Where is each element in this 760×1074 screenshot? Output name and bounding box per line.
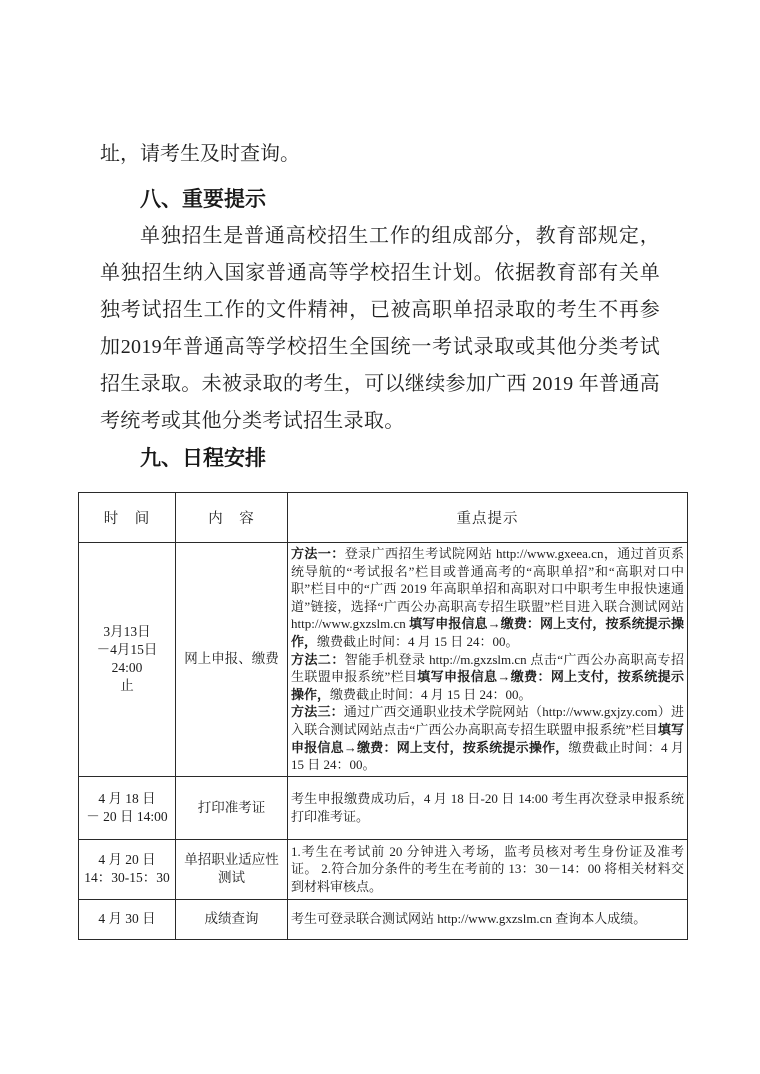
header-time: 时 间 (79, 493, 176, 543)
content-cell-row1: 网上申报、缴费 (176, 543, 288, 777)
tips-cell-row4: 考生可登录联合测试网站 http://www.gxzslm.cn 查询本人成绩。 (288, 899, 688, 939)
method-2-tail: 缴费截止时间：4 月 15 日 24：00。 (330, 687, 532, 702)
prose-block: 址，请考生及时查询。 八、重要提示 单独招生是普通高校招生工作的组成部分，教育部… (78, 136, 688, 477)
content-cell-row2: 打印准考证 (176, 776, 288, 839)
method-2-label: 方法二： (291, 652, 345, 667)
content-cell-row4: 成绩查询 (176, 899, 288, 939)
method-3: 方法三：通过广西交通职业技术学院网站（http://www.gxjzy.com）… (291, 703, 684, 773)
method-1: 方法一：登录广西招生考试院网站 http://www.gxeea.cn，通过首页… (291, 545, 684, 651)
schedule-table: 时 间 内 容 重点提示 3月13日 －4月15日24:00 止 网上申报、缴费… (78, 492, 688, 940)
header-tips: 重点提示 (288, 493, 688, 543)
tips-cell-row2: 考生申报缴费成功后，4 月 18 日-20 日 14:00 考生再次登录申报系统… (288, 776, 688, 839)
method-1-label: 方法一： (291, 546, 345, 561)
method-1-tail: 缴费截止时间：4 月 15 日 24：00。 (317, 634, 519, 649)
table-row-aptitude-test: 4 月 20 日 14：30-15：30 单招职业适应性测试 1.考生在考试前 … (79, 839, 688, 899)
section-heading-schedule: 九、日程安排 (100, 440, 660, 477)
document-page: 址，请考生及时查询。 八、重要提示 单独招生是普通高校招生工作的组成部分，教育部… (0, 0, 760, 1074)
content-cell-row3: 单招职业适应性测试 (176, 839, 288, 899)
method-3-label: 方法三： (291, 704, 344, 719)
time-cell-row4: 4 月 30 日 (79, 899, 176, 939)
method-2: 方法二：智能手机登录 http://m.gxzslm.cn 点击“广西公办高职高… (291, 651, 684, 704)
section-heading-important-notice: 八、重要提示 (100, 181, 660, 218)
table-row-print-ticket: 4 月 18 日 － 20 日 14:00 打印准考证 考生申报缴费成功后，4 … (79, 776, 688, 839)
table-row-score-query: 4 月 30 日 成绩查询 考生可登录联合测试网站 http://www.gxz… (79, 899, 688, 939)
method-3-text: 通过广西交通职业技术学院网站（http://www.gxjzy.com）进入联合… (291, 704, 684, 737)
time-cell-row1: 3月13日 －4月15日24:00 止 (79, 543, 176, 777)
header-content: 内 容 (176, 493, 288, 543)
document-body: 址，请考生及时查询。 八、重要提示 单独招生是普通高校招生工作的组成部分，教育部… (0, 0, 760, 940)
table-header-row: 时 间 内 容 重点提示 (79, 493, 688, 543)
tips-cell-row1: 方法一：登录广西招生考试院网站 http://www.gxeea.cn，通过首页… (288, 543, 688, 777)
tips-cell-row3: 1.考生在考试前 20 分钟进入考场，监考员核对考生身份证及准考证。 2.符合加… (288, 839, 688, 899)
important-notice-paragraph: 单独招生是普通高校招生工作的组成部分，教育部规定，单独招生纳入国家普通高等学校招… (100, 218, 660, 440)
time-cell-row2: 4 月 18 日 － 20 日 14:00 (79, 776, 176, 839)
table-row-online-application: 3月13日 －4月15日24:00 止 网上申报、缴费 方法一：登录广西招生考试… (79, 543, 688, 777)
time-cell-row3: 4 月 20 日 14：30-15：30 (79, 839, 176, 899)
paragraph-continuation: 址，请考生及时查询。 (100, 136, 660, 173)
